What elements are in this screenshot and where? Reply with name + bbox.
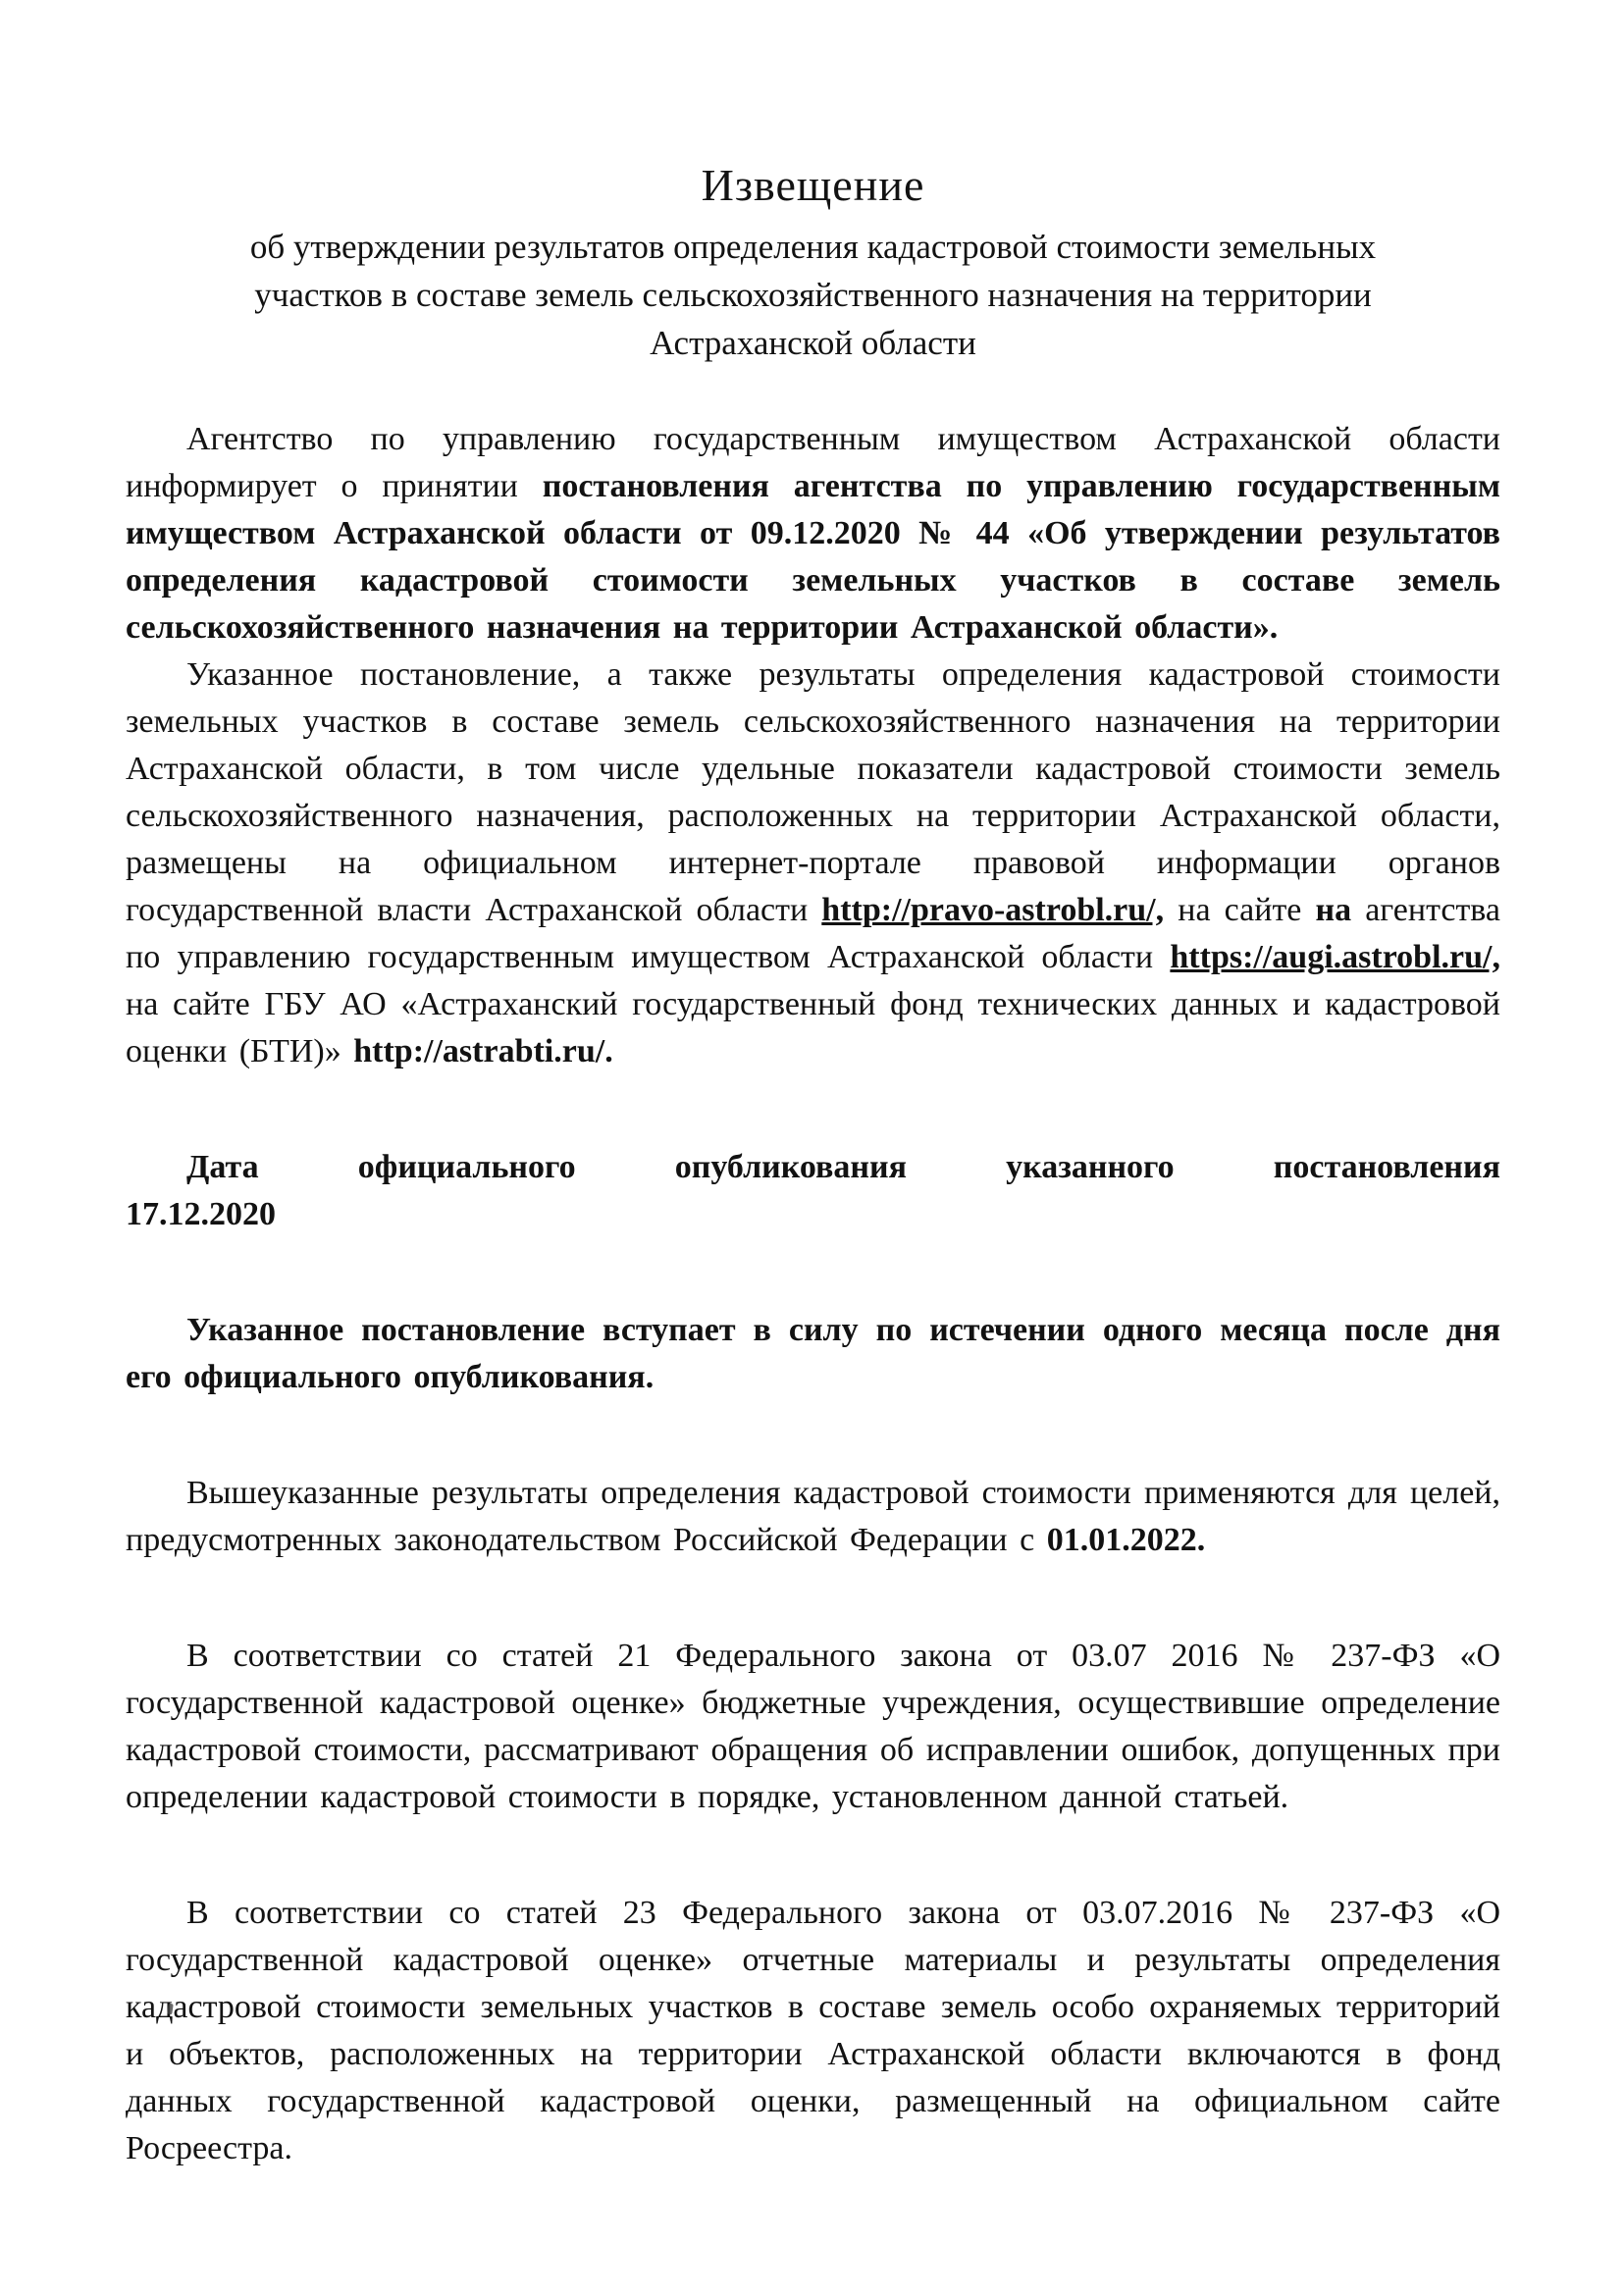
- placement-text: на сайте ГБУ АО «Астраханский государств…: [126, 986, 1500, 1069]
- subtitle-line: Астраханской области: [126, 319, 1500, 367]
- paragraph-entry-into-force: Указанное постановление вступает в силу …: [126, 1307, 1500, 1401]
- document-title: Извещение: [126, 159, 1500, 211]
- paragraph-agency-announcement: Агентство по управлению государственным …: [126, 416, 1500, 652]
- placement-text: на сайте: [1164, 892, 1315, 928]
- paragraph-placement-info: Указанное постановление, а также результ…: [126, 652, 1500, 1075]
- paragraph-publication-date: Дата официального опубликования указанно…: [126, 1144, 1500, 1238]
- placement-text: Указанное постановление, а также результ…: [126, 656, 1500, 928]
- paragraph-article-21: В соответствии со статей 21 Федерального…: [126, 1633, 1500, 1821]
- application-date-bold: 01.01.2022.: [1047, 1522, 1206, 1558]
- document-subtitle: об утверждении результатов определения к…: [126, 223, 1500, 367]
- application-text: Вышеуказанные результаты определения кад…: [126, 1475, 1500, 1558]
- subtitle-line: участков в составе земель сельскохозяйст…: [126, 271, 1500, 319]
- paragraph-article-23: В соответствии со статей 23 Федерального…: [126, 1890, 1500, 2172]
- publication-date-label: Дата официального опубликования указанно…: [126, 1144, 1500, 1191]
- article-21-text: В соответствии со статей 21 Федерального…: [126, 1638, 1500, 1815]
- link-augi-astrobl[interactable]: https://augi.astrobl.ru/,: [1170, 939, 1500, 975]
- publication-date-value: 17.12.2020: [126, 1191, 1500, 1238]
- subtitle-line: об утверждении результатов определения к…: [126, 223, 1500, 271]
- placement-bold-na: на: [1316, 892, 1352, 928]
- link-astrabti[interactable]: http://astrabti.ru/.: [353, 1033, 612, 1069]
- entry-into-force-text: Указанное постановление вступает в силу …: [126, 1312, 1500, 1395]
- article-23-text: В соответствии со статей 23 Федерального…: [126, 1895, 1500, 2166]
- scanned-document-page: Извещение об утверждении результатов опр…: [0, 0, 1624, 2294]
- link-pravo-astrobl[interactable]: http://pravo-astrobl.ru/,: [821, 892, 1164, 928]
- paragraph-application: Вышеуказанные результаты определения кад…: [126, 1470, 1500, 1564]
